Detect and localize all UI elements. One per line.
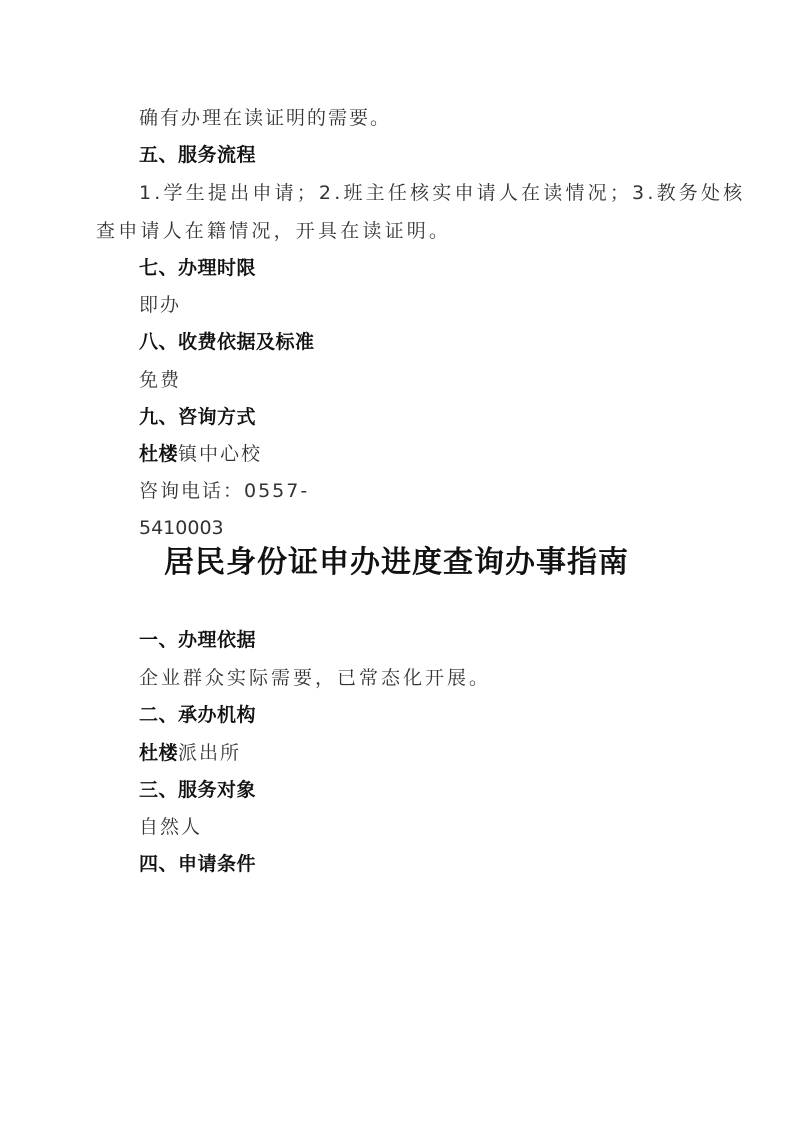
org-name: 镇中心校: [178, 443, 262, 465]
contact-org: 杜楼镇中心校: [139, 442, 262, 466]
body-text: 即办: [139, 293, 181, 317]
guide-title: 居民身份证申办进度查询办事指南: [0, 544, 793, 582]
section-heading-fees: 八、收费依据及标准: [139, 330, 315, 354]
body-text: 自然人: [139, 815, 202, 839]
section-heading-conditions: 四、申请条件: [139, 852, 256, 876]
section-heading-contact: 九、咨询方式: [139, 405, 256, 429]
body-text: 企业群众实际需要，已常态化开展。: [139, 666, 491, 690]
section-heading-time-limit: 七、办理时限: [139, 256, 256, 280]
agency-name: 杜楼派出所: [139, 741, 241, 765]
contact-phone-label: 咨询电话：0557-: [139, 479, 309, 503]
body-text: 确有办理在读证明的需要。: [139, 106, 391, 130]
org-prefix: 杜楼: [139, 742, 178, 764]
body-text: 1.学生提出申请；2.班主任核实申请人在读情况；3.教务处核: [139, 181, 745, 205]
org-prefix: 杜楼: [139, 443, 178, 465]
body-text: 免费: [139, 368, 181, 392]
section-heading-audience: 三、服务对象: [139, 778, 256, 802]
section-heading-basis: 一、办理依据: [139, 628, 256, 652]
contact-phone-number: 5410003: [139, 516, 224, 540]
section-heading-agency: 二、承办机构: [139, 703, 256, 727]
body-text: 查申请人在籍情况，开具在读证明。: [96, 219, 451, 243]
org-name: 派出所: [178, 742, 241, 764]
section-heading-process: 五、服务流程: [139, 143, 256, 167]
